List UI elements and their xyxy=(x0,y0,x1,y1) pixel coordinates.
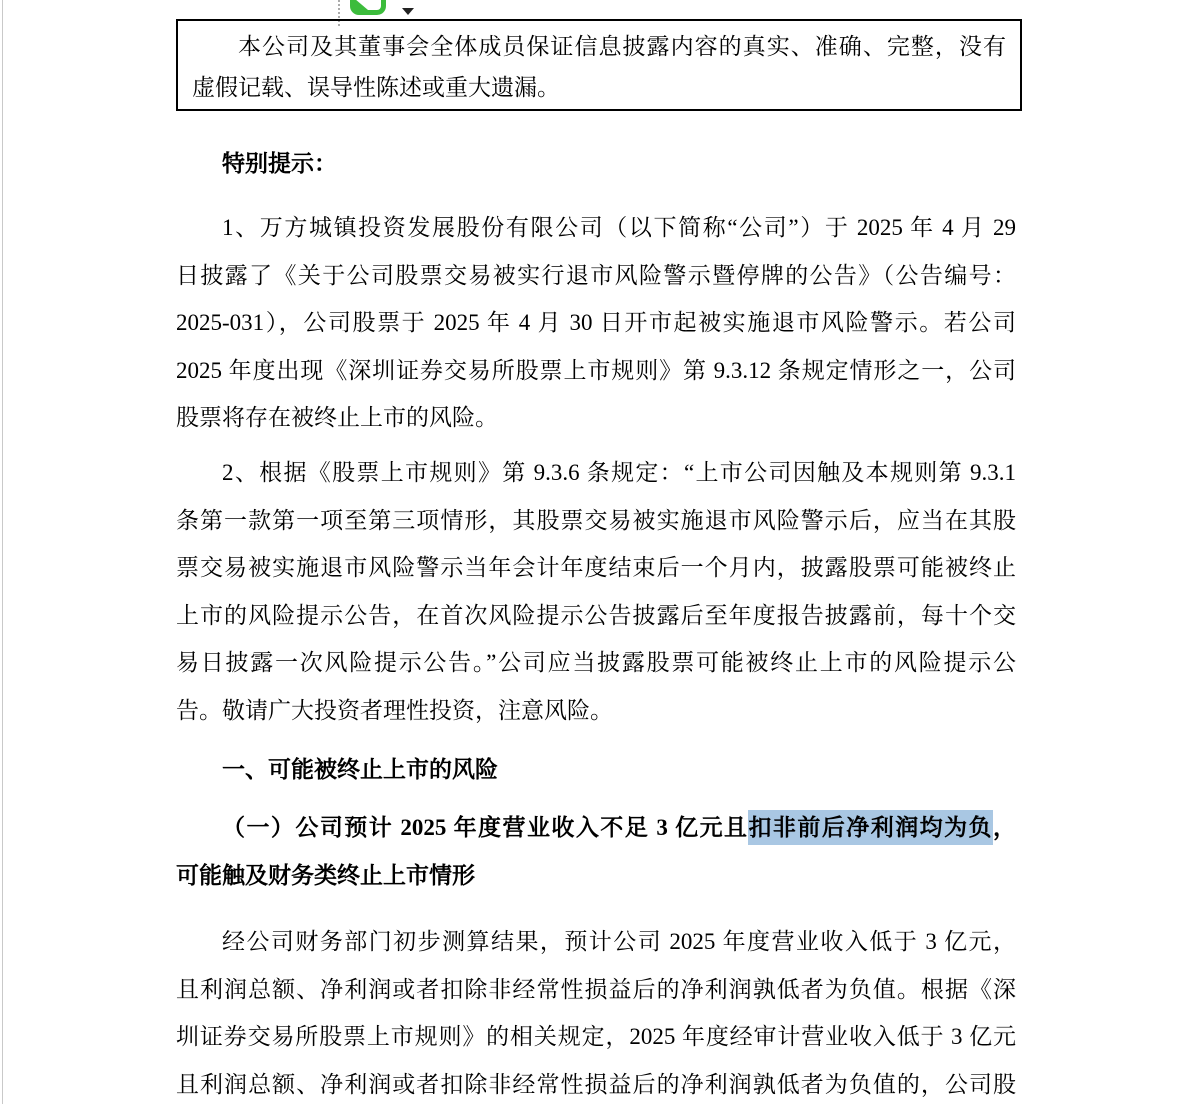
paragraph-2: 2、根据《股票上市规则》第 9.3.6 条规定：“上市公司因触及本规则第 9.3… xyxy=(176,449,1016,734)
document-page[interactable]: 本公司及其董事会全体成员保证信息披露内容的真实、准确、完整，没有 虚假记载、误导… xyxy=(0,0,1191,1104)
text-line: 经公司财务部门初步测算结果，预计公司 2025 年度营业收入低于 3 亿元， xyxy=(176,918,1016,966)
text-line: 1、万方城镇投资发展股份有限公司（以下简称“公司”）于 2025 年 4 月 2… xyxy=(176,204,1016,252)
notice-box-line: 虚假记载、误导性陈述或重大遗漏。 xyxy=(192,67,1006,108)
page-edge-line xyxy=(2,0,3,1104)
text-line: 股票将存在被终止上市的风险。 xyxy=(176,394,1016,442)
notice-box: 本公司及其董事会全体成员保证信息披露内容的真实、准确、完整，没有 虚假记载、误导… xyxy=(176,19,1022,111)
text-segment: ， xyxy=(993,815,1016,840)
selected-text-highlight: 扣非前后净利润均为负 xyxy=(748,810,993,845)
paste-options-icon[interactable] xyxy=(350,0,386,15)
paragraph-3: 经公司财务部门初步测算结果，预计公司 2025 年度营业收入低于 3 亿元， 且… xyxy=(176,918,1016,1104)
notice-box-line: 本公司及其董事会全体成员保证信息披露内容的真实、准确、完整，没有 xyxy=(192,26,1006,67)
text-line: 2025 年度出现《深圳证券交易所股票上市规则》第 9.3.12 条规定情形之一… xyxy=(176,347,1016,395)
text-line: 且利润总额、净利润或者扣除非经常性损益后的净利润孰低者为负值。根据《深 xyxy=(176,966,1016,1014)
text-line: （一）公司预计 2025 年度营业收入不足 3 亿元且扣非前后净利润均为负， xyxy=(176,804,1016,852)
text-line: 2025-031），公司股票于 2025 年 4 月 30 日开市起被实施退市风… xyxy=(176,299,1016,347)
text-line: 且利润总额、净利润或者扣除非经常性损益后的净利润孰低者为负值的，公司股 xyxy=(176,1061,1016,1104)
text-line: 上市的风险提示公告，在首次风险提示公告披露后至年度报告披露前，每十个交 xyxy=(176,592,1016,640)
section-heading: 一、可能被终止上市的风险 xyxy=(176,746,1016,794)
text-line: 条第一款第一项至第三项情形，其股票交易被实施退市风险警示后，应当在其股 xyxy=(176,497,1016,545)
text-segment: （一）公司预计 2025 年度营业收入不足 3 亿元且 xyxy=(222,815,748,840)
paste-icon-flap xyxy=(355,0,368,10)
text-line: 告。敬请广大投资者理性投资，注意风险。 xyxy=(176,687,1016,735)
text-line: 日披露了《关于公司股票交易被实行退市风险警示暨停牌的公告》（公告编号： xyxy=(176,252,1016,300)
text-line: 票交易被实施退市风险警示当年会计年度结束后一个月内，披露股票可能被终止 xyxy=(176,544,1016,592)
text-line: 2、根据《股票上市规则》第 9.3.6 条规定：“上市公司因触及本规则第 9.3… xyxy=(176,449,1016,497)
text-line: 易日披露一次风险提示公告。”公司应当披露股票可能被终止上市的风险提示公 xyxy=(176,639,1016,687)
subsection-heading: （一）公司预计 2025 年度营业收入不足 3 亿元且扣非前后净利润均为负， 可… xyxy=(176,804,1016,899)
chevron-down-icon[interactable] xyxy=(402,8,414,15)
paragraph-1: 1、万方城镇投资发展股份有限公司（以下简称“公司”）于 2025 年 4 月 2… xyxy=(176,204,1016,442)
text-line: 可能触及财务类终止上市情形 xyxy=(176,852,1016,900)
text-line: 圳证券交易所股票上市规则》的相关规定，2025 年度经审计营业收入低于 3 亿元 xyxy=(176,1013,1016,1061)
special-notice-heading: 特别提示： xyxy=(176,140,1016,188)
